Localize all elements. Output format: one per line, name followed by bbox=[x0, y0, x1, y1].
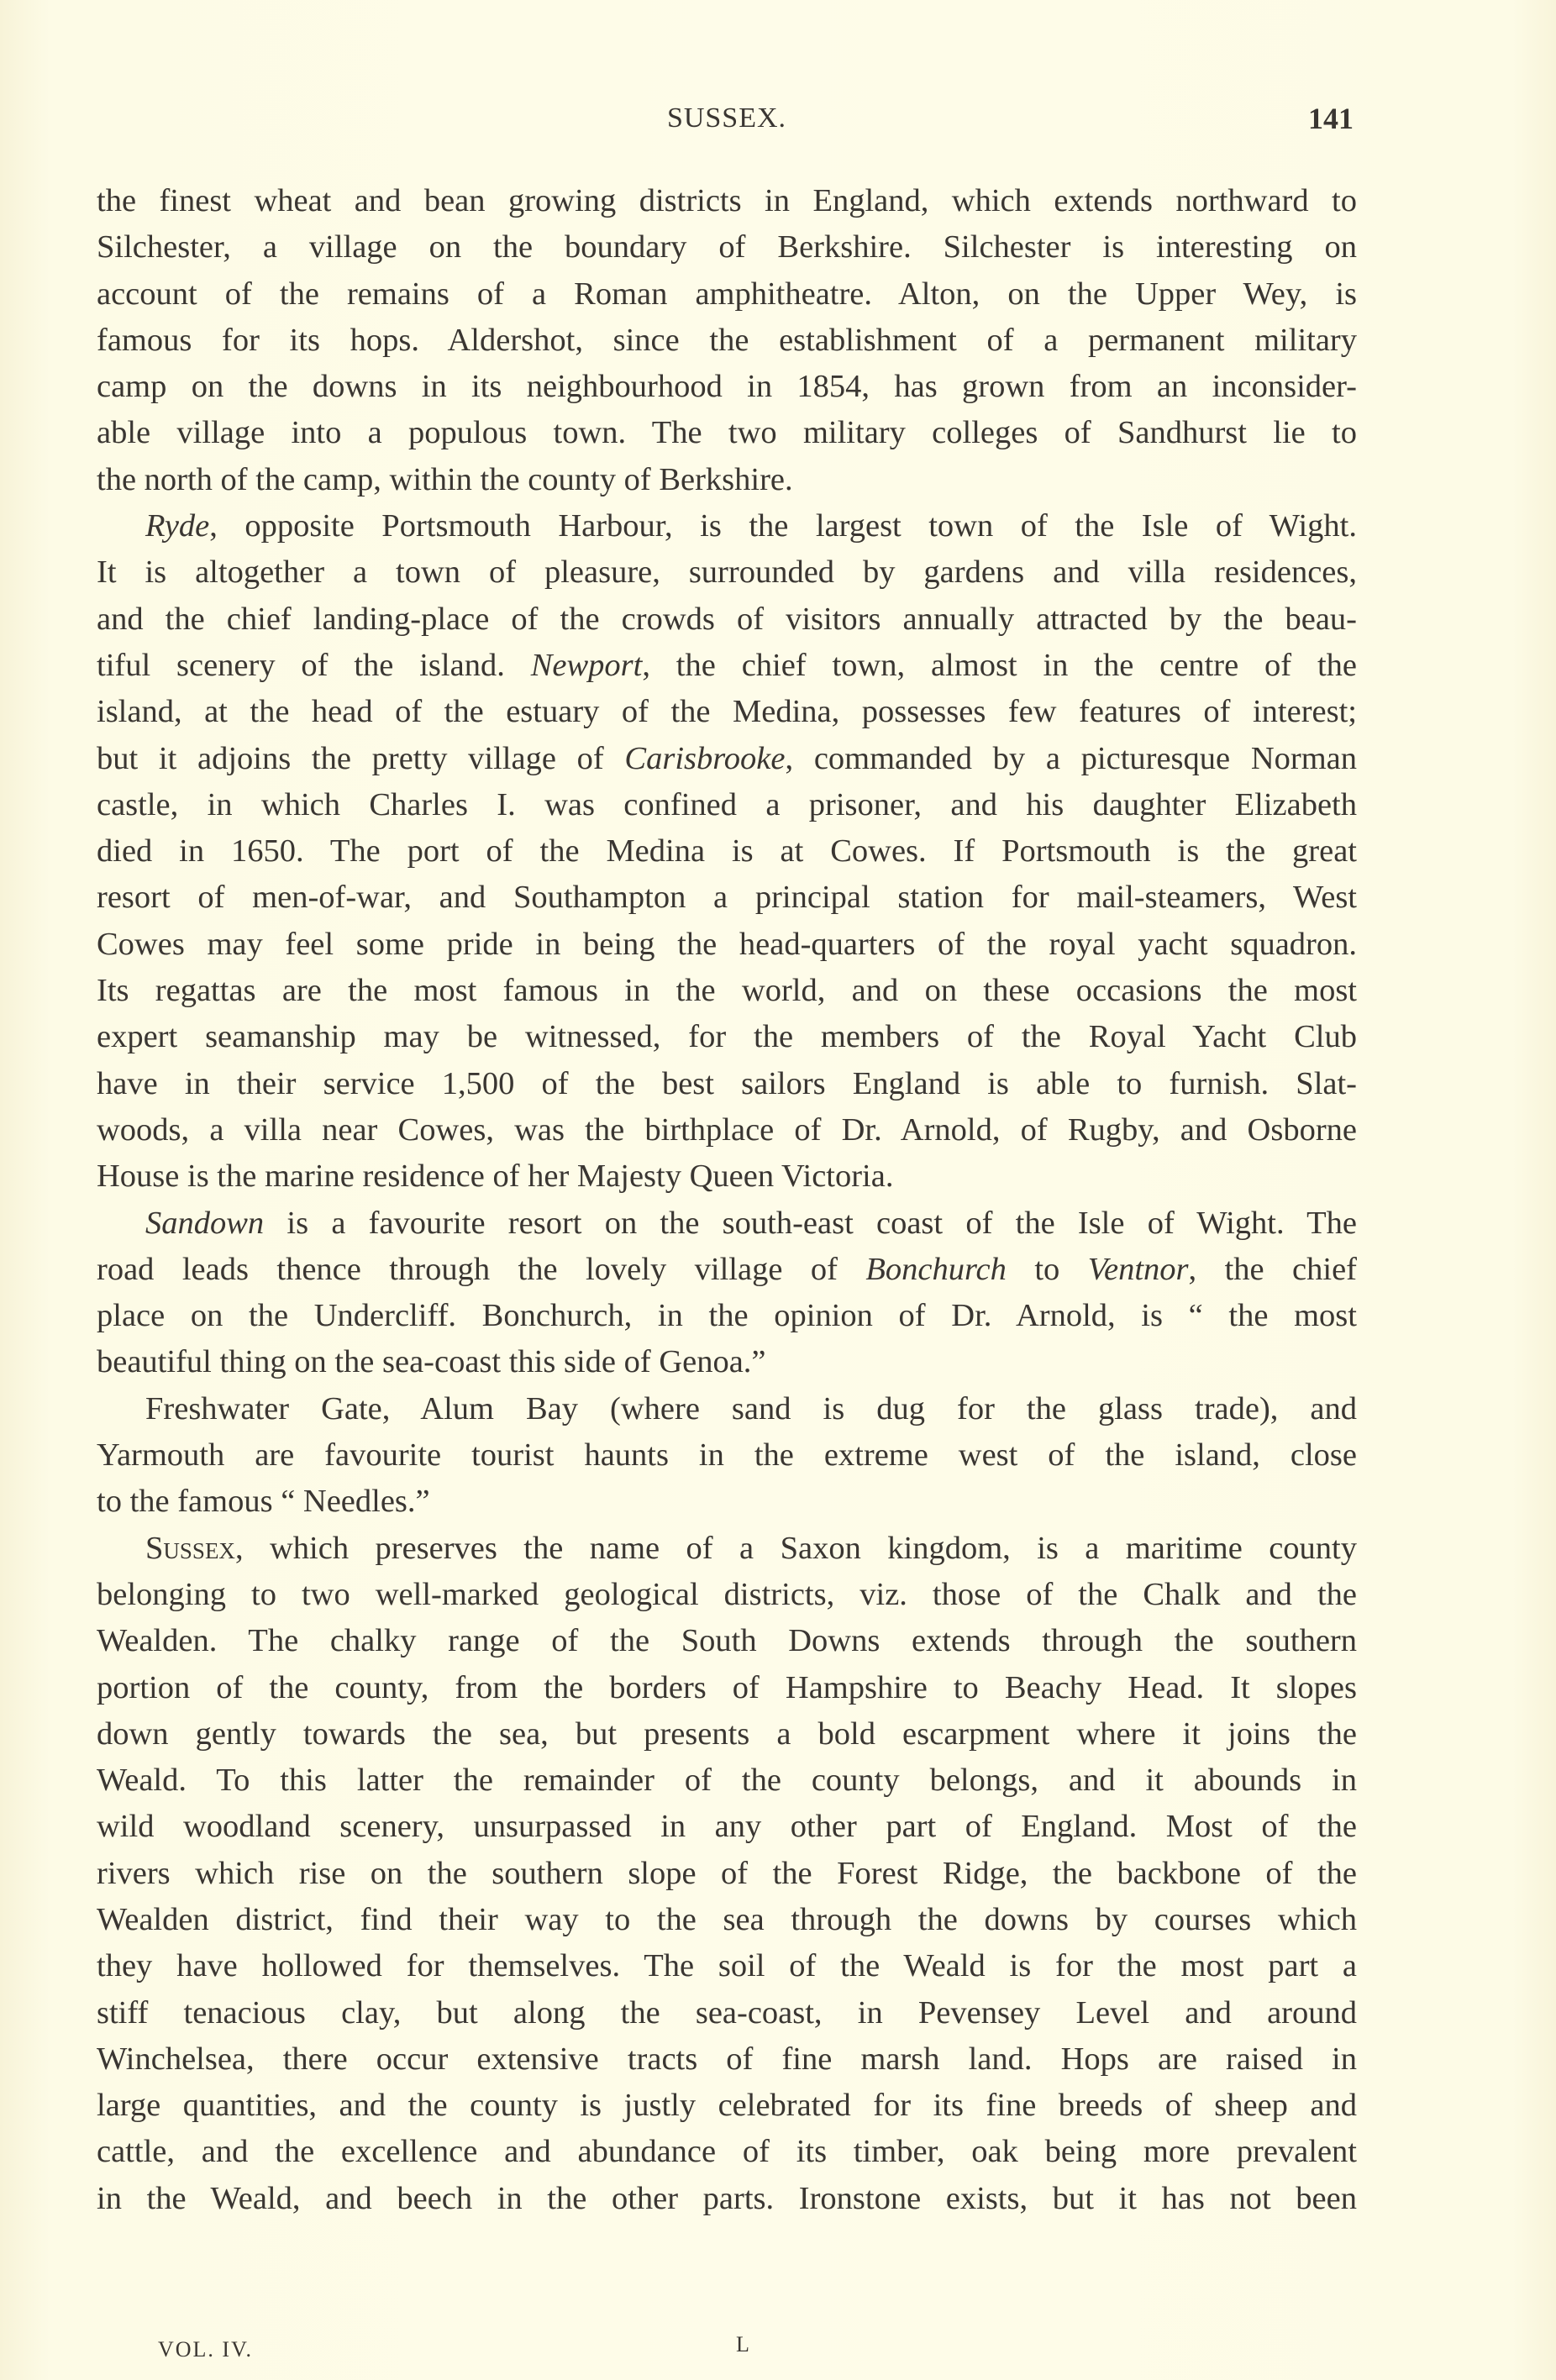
text-run: Its regattas are the most famous in the … bbox=[97, 973, 1357, 1008]
text-line: Yarmouth are favourite tourist haunts in… bbox=[97, 1432, 1357, 1479]
body-text: the finest wheat and bean growing distri… bbox=[97, 178, 1357, 2222]
text-run: Silchester, a village on the boundary of… bbox=[97, 229, 1357, 265]
text-line: Cowes may feel some pride in being the h… bbox=[97, 922, 1357, 968]
text-run: stiff tenacious clay, but along the sea-… bbox=[97, 1995, 1357, 2031]
text-line: account of the remains of a Roman amphit… bbox=[97, 271, 1357, 318]
running-head: SUSSEX. bbox=[97, 102, 1357, 134]
text-run: portion of the county, from the borders … bbox=[97, 1670, 1357, 1705]
text-line: Winchelsea, there occur extensive tracts… bbox=[97, 2036, 1357, 2083]
text-line: large quantities, and the county is just… bbox=[97, 2083, 1357, 2129]
text-run: woods, a villa near Cowes, was the birth… bbox=[97, 1112, 1357, 1148]
text-run: beautiful thing on the sea-coast this si… bbox=[97, 1344, 766, 1379]
text-run: , commanded by a picturesque Norman bbox=[785, 741, 1357, 776]
text-run: account of the remains of a Roman amphit… bbox=[97, 276, 1357, 312]
text-line: down gently towards the sea, but present… bbox=[97, 1711, 1357, 1757]
text-line: Sandown is a favourite resort on the sou… bbox=[97, 1201, 1357, 1247]
volume-label: VOL. IV. bbox=[158, 2337, 253, 2362]
text-run: wild woodland scenery, unsurpassed in an… bbox=[97, 1809, 1357, 1844]
text-run: It is altogether a town of pleasure, sur… bbox=[97, 554, 1357, 590]
italic-place-name: Sandown bbox=[145, 1206, 264, 1241]
text-run: place on the Undercliff. Bonchurch, in t… bbox=[97, 1298, 1357, 1333]
text-run: to bbox=[1007, 1252, 1088, 1287]
italic-place-name: Bonchurch bbox=[865, 1252, 1007, 1287]
text-line: road leads thence through the lovely vil… bbox=[97, 1247, 1357, 1293]
text-line: House is the marine residence of her Maj… bbox=[97, 1153, 1357, 1200]
text-run: House is the marine residence of her Maj… bbox=[97, 1158, 893, 1194]
text-run: large quantities, and the county is just… bbox=[97, 2088, 1357, 2123]
text-line: died in 1650. The port of the Medina is … bbox=[97, 828, 1357, 875]
text-run: island, at the head of the estuary of th… bbox=[97, 694, 1357, 729]
text-run: died in 1650. The port of the Medina is … bbox=[97, 833, 1357, 869]
text-line: expert seamanship may be witnessed, for … bbox=[97, 1014, 1357, 1060]
text-run: cattle, and the excellence and abundance… bbox=[97, 2134, 1357, 2169]
text-run: camp on the downs in its neighbourhood i… bbox=[97, 369, 1357, 404]
text-run: famous for its hops. Aldershot, since th… bbox=[97, 323, 1357, 358]
text-run: they have hollowed for themselves. The s… bbox=[97, 1948, 1357, 1983]
text-line: have in their service 1,500 of the best … bbox=[97, 1061, 1357, 1107]
text-run: , the chief town, almost in the centre o… bbox=[642, 648, 1357, 683]
text-run: tiful scenery of the island. bbox=[97, 648, 531, 683]
page-footer: VOL. IV. L bbox=[158, 2337, 1418, 2371]
text-run: belonging to two well-marked geological … bbox=[97, 1577, 1357, 1612]
text-run: Yarmouth are favourite tourist haunts in… bbox=[97, 1437, 1357, 1473]
text-run: down gently towards the sea, but present… bbox=[97, 1716, 1357, 1752]
text-line: tiful scenery of the island. Newport, th… bbox=[97, 643, 1357, 689]
text-line: cattle, and the excellence and abundance… bbox=[97, 2129, 1357, 2175]
text-line: to the famous “ Needles.” bbox=[97, 1479, 1357, 1525]
text-run: Cowes may feel some pride in being the h… bbox=[97, 927, 1357, 962]
text-line: woods, a villa near Cowes, was the birth… bbox=[97, 1107, 1357, 1153]
text-line: place on the Undercliff. Bonchurch, in t… bbox=[97, 1293, 1357, 1339]
text-run: Winchelsea, there occur extensive tracts… bbox=[97, 2041, 1357, 2077]
text-run: , which preserves the name of a Saxon ki… bbox=[235, 1531, 1357, 1566]
text-run: have in their service 1,500 of the best … bbox=[97, 1066, 1357, 1101]
text-run: castle, in which Charles I. was confined… bbox=[97, 787, 1357, 822]
text-line: camp on the downs in its neighbourhood i… bbox=[97, 364, 1357, 410]
italic-place-name: Carisbrooke bbox=[624, 741, 785, 776]
text-line: Wealden district, find their way to the … bbox=[97, 1897, 1357, 1943]
signature-mark: L bbox=[736, 2332, 749, 2357]
text-run: Freshwater Gate, Alum Bay (where sand is… bbox=[145, 1391, 1357, 1426]
text-line: Weald. To this latter the remainder of t… bbox=[97, 1757, 1357, 1804]
italic-place-name: Ventnor bbox=[1088, 1252, 1189, 1287]
italic-place-name: Ryde bbox=[145, 508, 209, 544]
text-line: Sussex, which preserves the name of a Sa… bbox=[97, 1526, 1357, 1572]
text-line: able village into a populous town. The t… bbox=[97, 410, 1357, 456]
text-line: but it adjoins the pretty village of Car… bbox=[97, 736, 1357, 782]
text-run: to the famous “ Needles.” bbox=[97, 1484, 430, 1519]
text-line: Ryde, opposite Portsmouth Harbour, is th… bbox=[97, 503, 1357, 549]
text-run: expert seamanship may be witnessed, for … bbox=[97, 1019, 1357, 1054]
text-run: Wealden district, find their way to the … bbox=[97, 1902, 1357, 1937]
text-line: Freshwater Gate, Alum Bay (where sand is… bbox=[97, 1386, 1357, 1432]
text-line: they have hollowed for themselves. The s… bbox=[97, 1943, 1357, 1989]
text-line: famous for its hops. Aldershot, since th… bbox=[97, 318, 1357, 364]
text-line: beautiful thing on the sea-coast this si… bbox=[97, 1339, 1357, 1385]
text-run: Weald. To this latter the remainder of t… bbox=[97, 1763, 1357, 1798]
text-line: rivers which rise on the southern slope … bbox=[97, 1851, 1357, 1897]
page-number: 141 bbox=[1308, 101, 1354, 136]
text-line: island, at the head of the estuary of th… bbox=[97, 689, 1357, 735]
text-line: resort of men-of-war, and Southampton a … bbox=[97, 875, 1357, 921]
text-run: the north of the camp, within the county… bbox=[97, 462, 793, 497]
text-run: , the chief bbox=[1189, 1252, 1358, 1287]
text-line: in the Weald, and beech in the other par… bbox=[97, 2176, 1357, 2222]
text-run: rivers which rise on the southern slope … bbox=[97, 1856, 1357, 1891]
book-page: SUSSEX. 141 the finest wheat and bean gr… bbox=[0, 0, 1556, 2380]
text-run: in the Weald, and beech in the other par… bbox=[97, 2181, 1357, 2216]
italic-place-name: Newport bbox=[531, 648, 643, 683]
text-line: the north of the camp, within the county… bbox=[97, 457, 1357, 503]
text-line: belonging to two well-marked geological … bbox=[97, 1572, 1357, 1618]
text-line: the finest wheat and bean growing distri… bbox=[97, 178, 1357, 224]
text-line: stiff tenacious clay, but along the sea-… bbox=[97, 1990, 1357, 2036]
text-run: resort of men-of-war, and Southampton a … bbox=[97, 880, 1357, 915]
text-run: Wealden. The chalky range of the South D… bbox=[97, 1623, 1357, 1658]
text-line: wild woodland scenery, unsurpassed in an… bbox=[97, 1804, 1357, 1850]
text-line: Wealden. The chalky range of the South D… bbox=[97, 1618, 1357, 1664]
small-caps-term: Sussex bbox=[145, 1531, 235, 1566]
text-run: is a favourite resort on the south-east … bbox=[264, 1206, 1357, 1241]
page-header: SUSSEX. 141 bbox=[97, 99, 1357, 141]
text-run: but it adjoins the pretty village of bbox=[97, 741, 624, 776]
text-line: and the chief landing-place of the crowd… bbox=[97, 596, 1357, 643]
text-run: road leads thence through the lovely vil… bbox=[97, 1252, 865, 1287]
text-run: the finest wheat and bean growing distri… bbox=[97, 183, 1357, 218]
text-line: castle, in which Charles I. was confined… bbox=[97, 782, 1357, 828]
text-line: portion of the county, from the borders … bbox=[97, 1665, 1357, 1711]
text-run: , opposite Portsmouth Harbour, is the la… bbox=[209, 508, 1357, 544]
text-line: Its regattas are the most famous in the … bbox=[97, 968, 1357, 1014]
text-run: and the chief landing-place of the crowd… bbox=[97, 602, 1357, 637]
text-line: Silchester, a village on the boundary of… bbox=[97, 224, 1357, 271]
text-run: able village into a populous town. The t… bbox=[97, 415, 1357, 450]
text-line: It is altogether a town of pleasure, sur… bbox=[97, 549, 1357, 596]
